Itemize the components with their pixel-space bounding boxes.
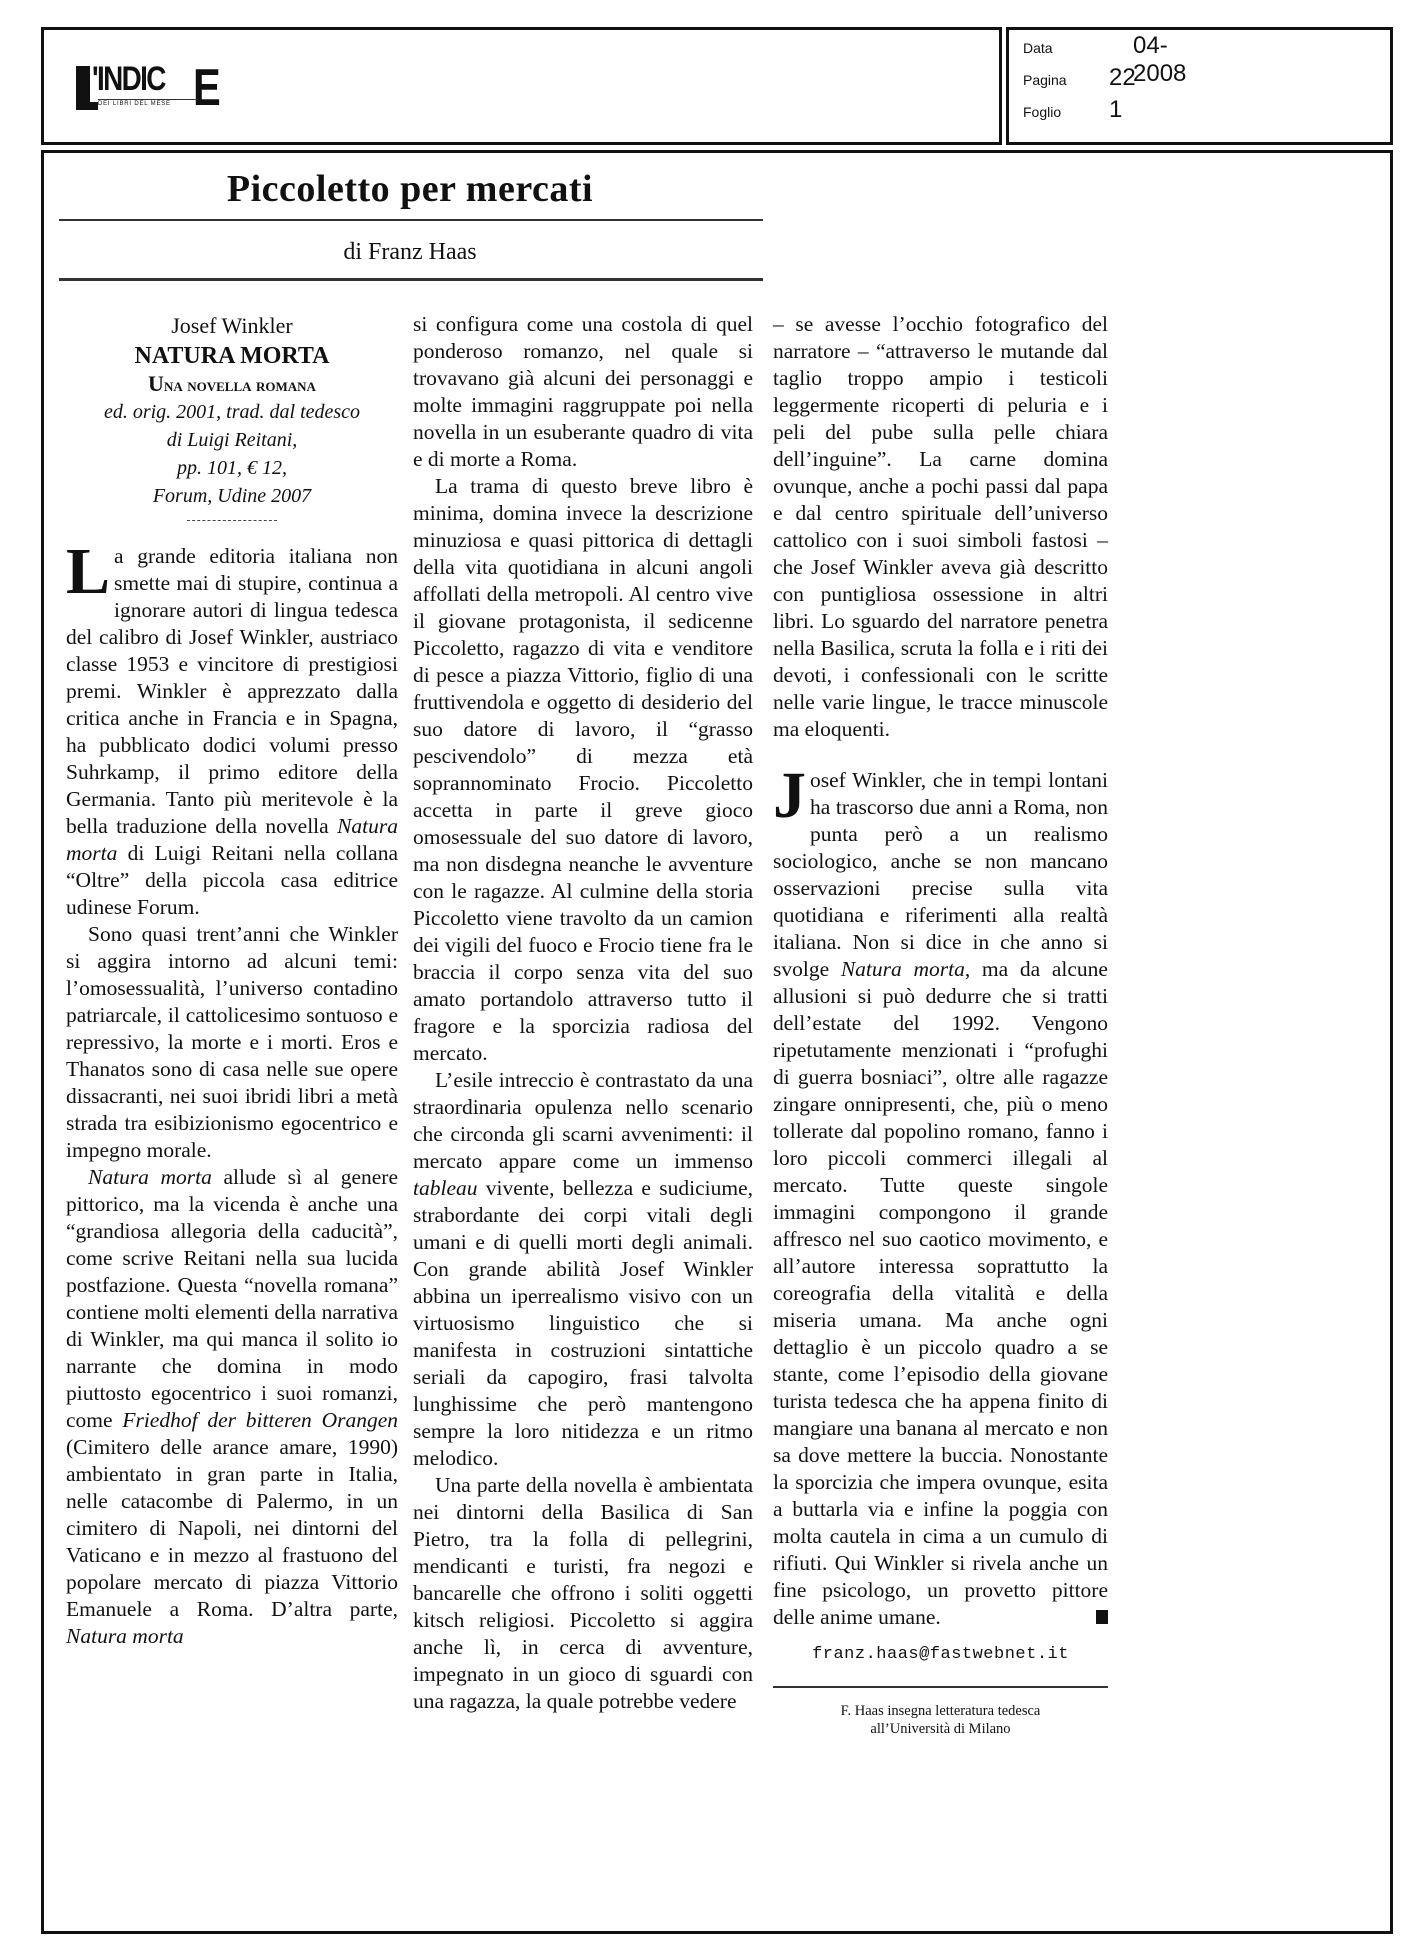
paragraph: L’esile intreccio è contrastato da una s…	[413, 1067, 753, 1472]
article-byline: di Franz Haas	[58, 239, 762, 266]
author-bio: F. Haas insegna letteratura tedesca all’…	[773, 1702, 1108, 1738]
column-1: Josef Winkler NATURA MORTA Una novella r…	[66, 311, 398, 1650]
paragraph: Josef Winkler, che in tempi lontani ha t…	[773, 767, 1108, 1631]
paragraph: La grande editoria italiana non smette m…	[66, 543, 398, 921]
signature-rule	[773, 1686, 1108, 1688]
column-3: – se avesse l’occhio fotografico del nar…	[773, 311, 1108, 1738]
book-author: Josef Winkler	[66, 311, 398, 341]
article-box: Piccoletto per mercati di Franz Haas Jos…	[41, 150, 1393, 1934]
book-pages-price: pp. 101, € 12,	[66, 454, 398, 482]
logo-wordmark: 'INDIC	[92, 62, 165, 96]
book-publisher: Forum, Udine 2007	[66, 482, 398, 510]
paragraph: – se avesse l’occhio fotografico del nar…	[773, 311, 1108, 743]
book-info-box: Josef Winkler NATURA MORTA Una novella r…	[66, 311, 398, 521]
book-title: NATURA MORTA	[66, 341, 398, 371]
book-translator: di Luigi Reitani,	[66, 426, 398, 454]
data-label: Data	[1023, 40, 1053, 56]
pagina-label: Pagina	[1023, 72, 1067, 88]
drop-cap: L	[66, 545, 110, 599]
lindice-logo: 'INDIC E DEI LIBRI DEL MESE	[76, 66, 221, 110]
foglio-value: 1	[1109, 96, 1122, 124]
paragraph: La trama di questo breve libro è minima,…	[413, 473, 753, 1067]
logo-letter-l-foot	[76, 102, 98, 110]
masthead-box: 'INDIC E DEI LIBRI DEL MESE	[41, 27, 1002, 145]
clipping-meta-box: Data 04-2008 Pagina 22 Foglio 1	[1006, 27, 1393, 145]
book-subtitle: Una novella romana	[66, 371, 398, 398]
author-email[interactable]: franz.haas@fastwebnet.it	[773, 1641, 1108, 1668]
title-rule	[59, 219, 763, 221]
paragraph: Natura morta allude sì al genere pittori…	[66, 1164, 398, 1650]
paragraph: Sono quasi trent’anni che Winkler si agg…	[66, 921, 398, 1164]
book-edition: ed. orig. 2001, trad. dal tedesco	[66, 398, 398, 426]
column-2: si configura come una costola di quel po…	[413, 311, 753, 1715]
drop-cap: J	[773, 769, 806, 823]
book-separator	[187, 520, 277, 521]
end-of-article-square-icon	[1096, 1610, 1108, 1624]
logo-subtitle: DEI LIBRI DEL MESE	[98, 99, 198, 107]
foglio-label: Foglio	[1023, 104, 1061, 120]
data-value: 04-2008	[1133, 32, 1186, 88]
paragraph: si configura come una costola di quel po…	[413, 311, 753, 473]
byline-rule	[59, 278, 763, 281]
pagina-value: 22	[1109, 64, 1136, 92]
paragraph: Una parte della novella è ambientata nei…	[413, 1472, 753, 1715]
article-title: Piccoletto per mercati	[58, 167, 762, 211]
